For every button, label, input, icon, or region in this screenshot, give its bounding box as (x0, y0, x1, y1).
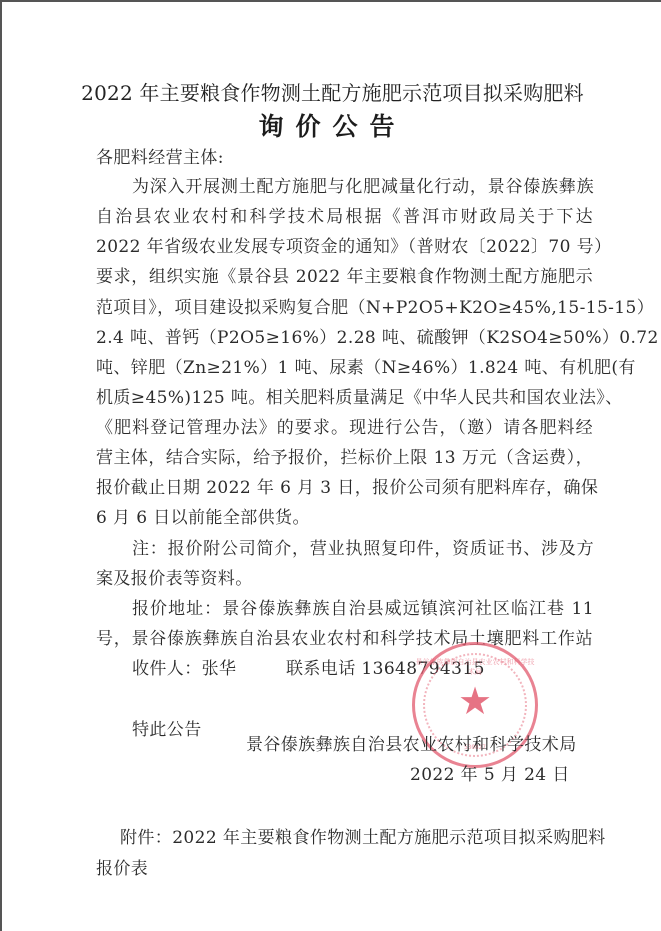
body-line: 要求，组织实施《景谷县 2022 年主要粮食作物测土配方施肥示 (96, 267, 593, 287)
attachment-line: 附件：2022 年主要粮食作物测土配方施肥示范项目拟采购肥料 (120, 828, 594, 848)
body-line: 吨、锌肥（Zn≥21%）1 吨、尿素（N≥46%）1.824 吨、有机肥(有 (96, 358, 593, 378)
address-line: 号，景谷傣族彝族自治县农业农村和科学技术局土壤肥料工作站 (96, 629, 593, 649)
body-line: 2.4 吨、普钙（P2O5≥16%）2.28 吨、硫酸钾（K2SO4≥50%）0… (96, 328, 593, 348)
note-line: 注：报价附公司简介，营业执照复印件，资质证书、涉及方 (132, 539, 594, 559)
address-line: 报价地址：景谷傣族彝族自治县威远镇滨河社区临江巷 11 (132, 599, 594, 619)
recipient-label: 收件人：张华 (132, 659, 236, 679)
issue-date: 2022 年 5 月 24 日 (410, 765, 570, 785)
seal-ring-text: 景谷傣族彝族自治县农业农村和科学技术局 (415, 657, 535, 677)
body-line: 报价截止日期 2022 年 6 月 3 日，报价公司须有肥料库存，确保 (96, 478, 593, 498)
body-line: 《肥料登记管理办法》的要求。现进行公告，（邀）请各肥料经 (96, 418, 593, 438)
attachment-line: 报价表 (96, 859, 148, 879)
note-line: 案及报价表等资料。 (96, 569, 253, 589)
closing-text: 特此公告 (132, 720, 202, 740)
salutation: 各肥料经营主体: (96, 148, 224, 168)
issuer-name: 景谷傣族彝族自治县农业农村和科学技术局 (246, 735, 577, 755)
body-line: 营主体，结合实际，给予报价，拦标价上限 13 万元（含运费）， (96, 448, 593, 468)
body-line: 机质≥45%)125 吨。相关肥料质量满足《中华人民共和国农业法》、 (96, 388, 593, 408)
document-subtitle: 询价公告 (2, 112, 661, 142)
document-title: 2022 年主要粮食作物测土配方施肥示范项目拟采购肥料 (2, 80, 661, 106)
document-page: 2022 年主要粮食作物测土配方施肥示范项目拟采购肥料 询价公告 各肥料经营主体… (0, 0, 661, 931)
body-line: 2022 年省级农业发展专项资金的通知》（普财农〔2022〕70 号） (96, 237, 593, 257)
body-line: 自治县农业农村和科学技术局根据《普洱市财政局关于下达 (96, 207, 593, 227)
body-line: 为深入开展测土配方施肥与化肥减量化行动，景谷傣族彝族 (132, 177, 594, 197)
body-line: 6 月 6 日以前能全部供货。 (96, 508, 310, 528)
body-line: 范项目》，项目建设拟采购复合肥（N+P2O5+K2O≥45%,15-15-15） (96, 298, 593, 318)
star-icon: ★ (415, 681, 535, 721)
